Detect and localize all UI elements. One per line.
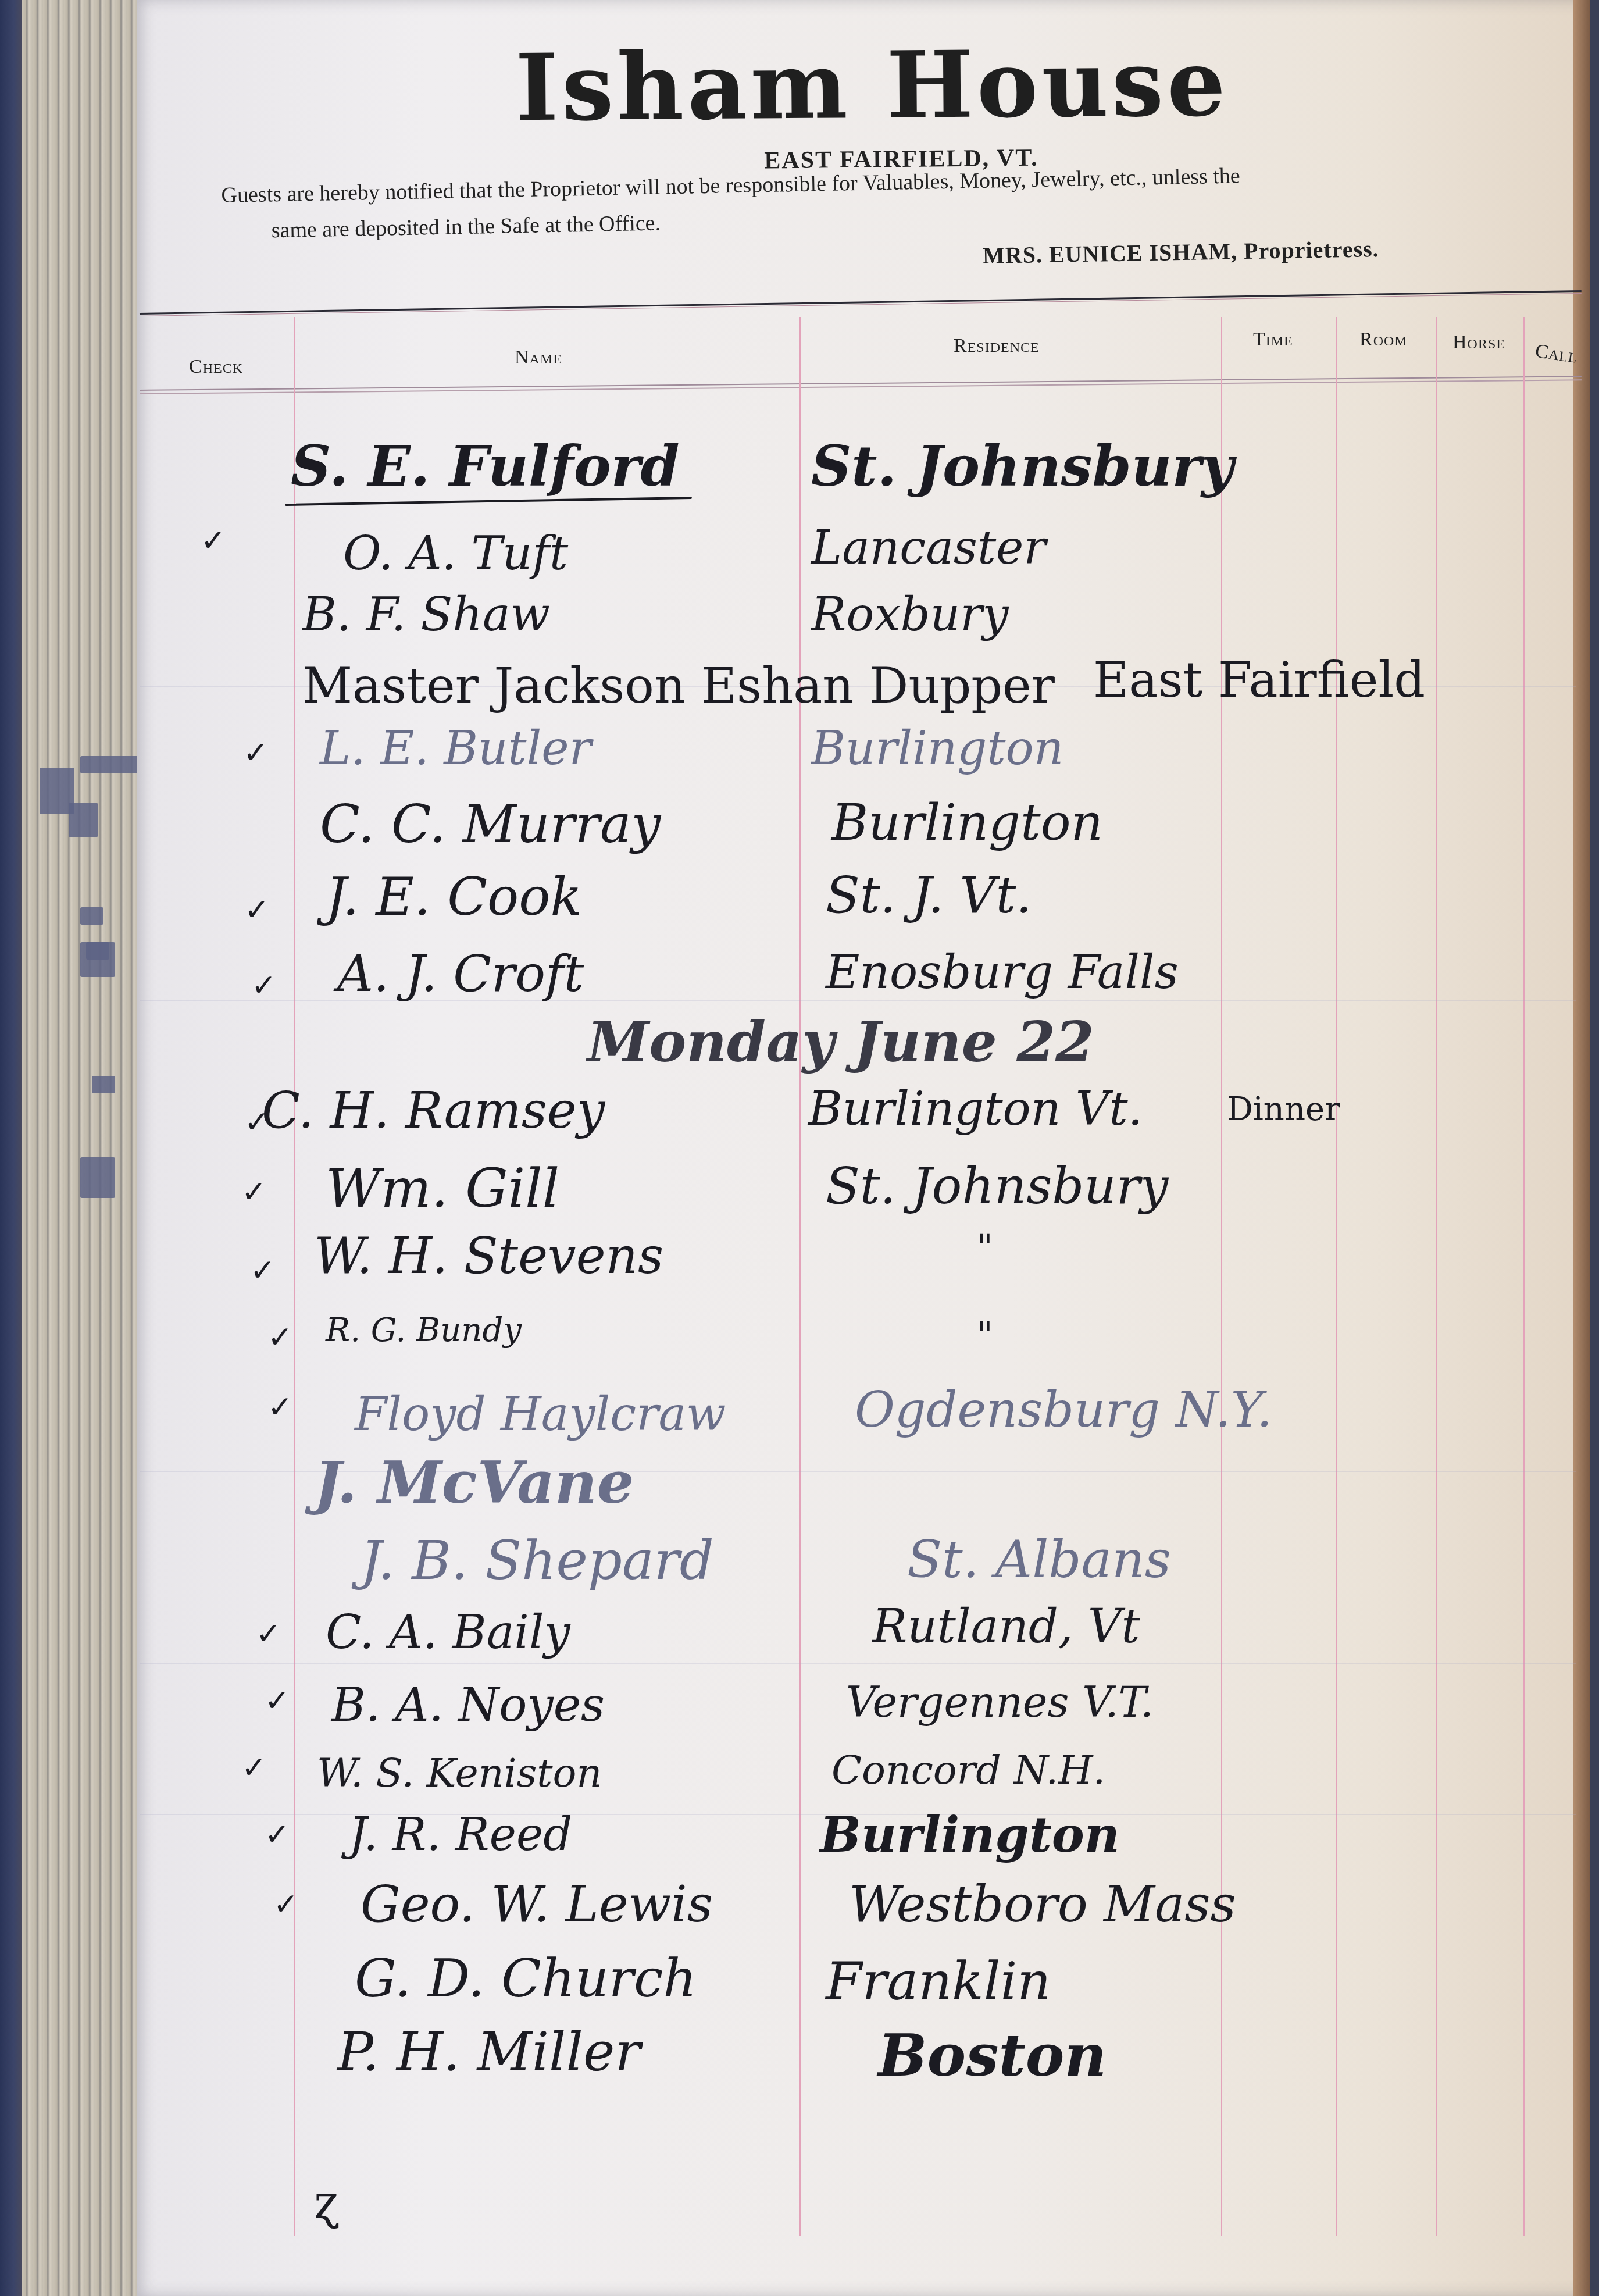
guest-residence: Lancaster xyxy=(811,520,1046,575)
guest-name: W. H. Stevens xyxy=(314,1227,663,1285)
column-header-residence: Residence xyxy=(954,335,1040,357)
guest-residence: Burlington xyxy=(820,1806,1120,1863)
guest-name: O. A. Tuft xyxy=(343,526,568,580)
guest-name: L. E. Butler xyxy=(320,721,591,775)
guest-residence: Concord N.H. xyxy=(831,1748,1105,1794)
check-mark: ✓ xyxy=(273,1887,299,1922)
ditto-mark: " xyxy=(977,1227,993,1268)
check-mark: ✓ xyxy=(267,1390,293,1425)
guest-residence: Rutland, Vt xyxy=(872,1599,1140,1653)
check-mark: ✓ xyxy=(265,1817,290,1852)
guest-residence: Westboro Mass xyxy=(849,1876,1236,1934)
guest-name: J. McVane xyxy=(314,1448,634,1517)
column-header-name: Name xyxy=(515,347,562,369)
guest-name: W. S. Keniston xyxy=(317,1750,602,1796)
guest-name: B. A. Noyes xyxy=(331,1678,605,1732)
check-mark: ✓ xyxy=(256,1617,281,1652)
guest-name: Master Jackson Eshan Dupper xyxy=(302,657,1055,714)
column-divider xyxy=(1436,317,1437,2236)
column-header-horse: Horse xyxy=(1452,331,1505,354)
book-cover-edge xyxy=(0,0,23,2296)
guest-name: Wm. Gill xyxy=(326,1157,559,1220)
guest-residence: Burlington xyxy=(811,721,1063,775)
guest-name: C. A. Baily xyxy=(326,1605,570,1659)
guest-residence: East Fairfield xyxy=(1093,651,1425,708)
hotel-title: Isham House xyxy=(465,29,1279,142)
column-header-room: Room xyxy=(1359,329,1408,351)
guest-name: Floyd Haylcraw xyxy=(355,1387,726,1441)
column-divider xyxy=(1336,317,1337,2236)
check-mark: ✓ xyxy=(201,523,226,558)
column-header-check: Check xyxy=(189,356,243,378)
guest-name: R. G. Bundy xyxy=(326,1311,522,1349)
footer-mark: ɀ xyxy=(314,2175,338,2229)
check-mark: ✓ xyxy=(243,736,269,771)
page-right-edge xyxy=(1573,0,1590,2296)
guest-name: S. E. Fulford xyxy=(291,433,680,499)
check-mark: ✓ xyxy=(244,893,270,928)
check-mark: ✓ xyxy=(267,1320,293,1355)
column-header-time: Time xyxy=(1253,329,1293,351)
ditto-mark: " xyxy=(977,1314,993,1355)
guest-residence: Ogdensburg N.Y. xyxy=(855,1381,1272,1438)
guest-name: C. H. Ramsey xyxy=(262,1082,605,1140)
check-mark: ✓ xyxy=(265,1684,290,1719)
guest-residence: St. Johnsbury xyxy=(826,1157,1168,1215)
guest-name: J. E. Cook xyxy=(326,867,582,928)
column-divider xyxy=(1523,317,1525,2236)
guest-name: Geo. W. Lewis xyxy=(361,1876,713,1934)
guest-residence: Boston xyxy=(878,2021,1107,2090)
guest-name: J. B. Shepard xyxy=(361,1530,714,1592)
guest-residence: Enosburg Falls xyxy=(826,945,1179,999)
guest-residence: Roxbury xyxy=(811,587,1009,641)
check-mark: ✓ xyxy=(251,968,277,1003)
column-divider xyxy=(294,317,295,2236)
page-stack-edge xyxy=(22,0,138,2296)
meal-note: Dinner xyxy=(1227,1090,1340,1128)
column-divider xyxy=(799,317,801,2236)
guest-residence: Franklin xyxy=(826,1951,1051,2012)
guest-name: J. R. Reed xyxy=(349,1809,572,1861)
check-mark: ✓ xyxy=(241,1175,267,1210)
check-mark: ✓ xyxy=(241,1750,267,1785)
guest-name: B. F. Shaw xyxy=(302,587,550,641)
check-mark: ✓ xyxy=(250,1253,276,1288)
guest-name: G. D. Church xyxy=(355,1948,697,2009)
guest-residence: St. Albans xyxy=(907,1530,1171,1589)
guest-name: P. H. Miller xyxy=(337,2021,640,2083)
guest-name: C. C. Murray xyxy=(320,794,661,855)
guest-name: A. J. Croft xyxy=(337,945,584,1003)
guest-residence: St. J. Vt. xyxy=(826,867,1032,925)
guest-residence: St. Johnsbury xyxy=(811,433,1234,499)
guest-residence: Vergennes V.T. xyxy=(846,1678,1154,1727)
column-divider xyxy=(1221,317,1222,2236)
date-heading: Monday June 22 xyxy=(587,1009,1094,1075)
guest-residence: Burlington xyxy=(831,794,1103,852)
guest-residence: Burlington Vt. xyxy=(808,1082,1143,1136)
